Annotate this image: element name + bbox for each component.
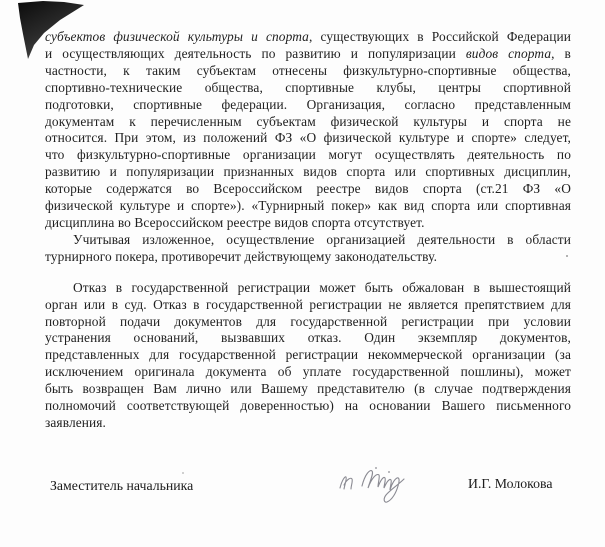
document-line: повторной подачи документов для государс… [45, 314, 571, 331]
text-segment: повторной подачи документов для государс… [45, 314, 571, 329]
text-segment: исключением оригинала документа об уплат… [45, 364, 571, 379]
document-line: физической культуре и спорте»). «Турнирн… [45, 198, 571, 215]
text-segment: полномочий соответствующей доверенностью… [45, 398, 571, 413]
document-line: заявления. [45, 415, 571, 432]
text-segment: документам к перечисленным субъектам физ… [45, 114, 571, 129]
handwritten-signature [332, 461, 420, 505]
text-segment: , в [551, 46, 571, 61]
document-line: что физкультурно-спортивные организации … [45, 147, 571, 164]
document-line: дисциплина во Всероссийском реестре видо… [45, 215, 571, 232]
scan-speck [182, 472, 184, 474]
text-segment: субъектов физической культуры и спорта [45, 29, 309, 44]
document-line: субъектов физической культуры и спорта, … [45, 29, 571, 46]
text-segment: быть возвращен Вам лично или Вашему пред… [45, 381, 571, 396]
text-segment: подготовки, спортивные федерации. Органи… [45, 97, 571, 112]
document-line: Отказ в государственной регистрации може… [45, 280, 571, 297]
document-line: орган или в суд. Отказ в государственной… [45, 297, 571, 314]
signatory-name: И.Г. Молокова [468, 476, 553, 492]
text-segment: орган или в суд. Отказ в государственной… [45, 297, 571, 312]
document-line: полномочий соответствующей доверенностью… [45, 398, 571, 415]
text-segment: спортивно-технические общества, спортивн… [45, 80, 571, 95]
text-segment: , существующих в Российской Федерации [309, 29, 571, 44]
document-line: представленных для государственной регис… [45, 347, 571, 364]
document-line: спортивно-технические общества, спортивн… [45, 80, 571, 97]
text-segment: турнирного покера, противоречит действую… [45, 249, 437, 264]
document-line: быть возвращен Вам лично или Вашему пред… [45, 381, 571, 398]
document-line: относится. При этом, из положений ФЗ «О … [45, 130, 571, 147]
document-line: частности, к таким субъектам отнесены фи… [45, 63, 571, 80]
text-segment: относится. При этом, из положений ФЗ «О … [45, 130, 571, 145]
document-line: Учитывая изложенное, осуществление орган… [45, 232, 571, 249]
document-line: которые содержатся во Всероссийском реес… [45, 181, 571, 198]
scan-speck [566, 255, 568, 257]
text-segment: Учитывая изложенное, осуществление орган… [73, 232, 571, 247]
document-line: исключением оригинала документа об уплат… [45, 364, 571, 381]
document-line: документам к перечисленным субъектам физ… [45, 114, 571, 131]
text-segment: видов спорта [466, 46, 551, 61]
text-segment: развитию и популяризации признанных видо… [45, 164, 571, 179]
text-segment: дисциплина во Всероссийском реестре видо… [45, 215, 425, 230]
text-segment: которые содержатся во Всероссийском реес… [45, 181, 571, 196]
scanned-document-page: субъектов физической культуры и спорта, … [0, 0, 605, 547]
text-segment: устранения оснований, вызвавших отказ. О… [45, 330, 571, 345]
document-line: и осуществляющих деятельность по развити… [45, 46, 571, 63]
text-segment: заявления. [45, 415, 106, 430]
signatory-title: Заместитель начальника [50, 478, 193, 494]
text-segment: представленных для государственной регис… [45, 347, 571, 362]
document-line: турнирного покера, противоречит действую… [45, 249, 571, 266]
text-segment: что физкультурно-спортивные организации … [45, 147, 571, 162]
text-segment: и осуществляющих деятельность по развити… [45, 46, 466, 61]
document-line: устранения оснований, вызвавших отказ. О… [45, 330, 571, 347]
document-body: субъектов физической культуры и спорта, … [45, 29, 571, 432]
text-segment: частности, к таким субъектам отнесены фи… [45, 63, 571, 78]
document-line: развитию и популяризации признанных видо… [45, 164, 571, 181]
text-segment: физической культуре и спорте»). «Турнирн… [45, 198, 571, 213]
text-segment: Отказ в государственной регистрации може… [73, 280, 571, 295]
document-line: подготовки, спортивные федерации. Органи… [45, 97, 571, 114]
